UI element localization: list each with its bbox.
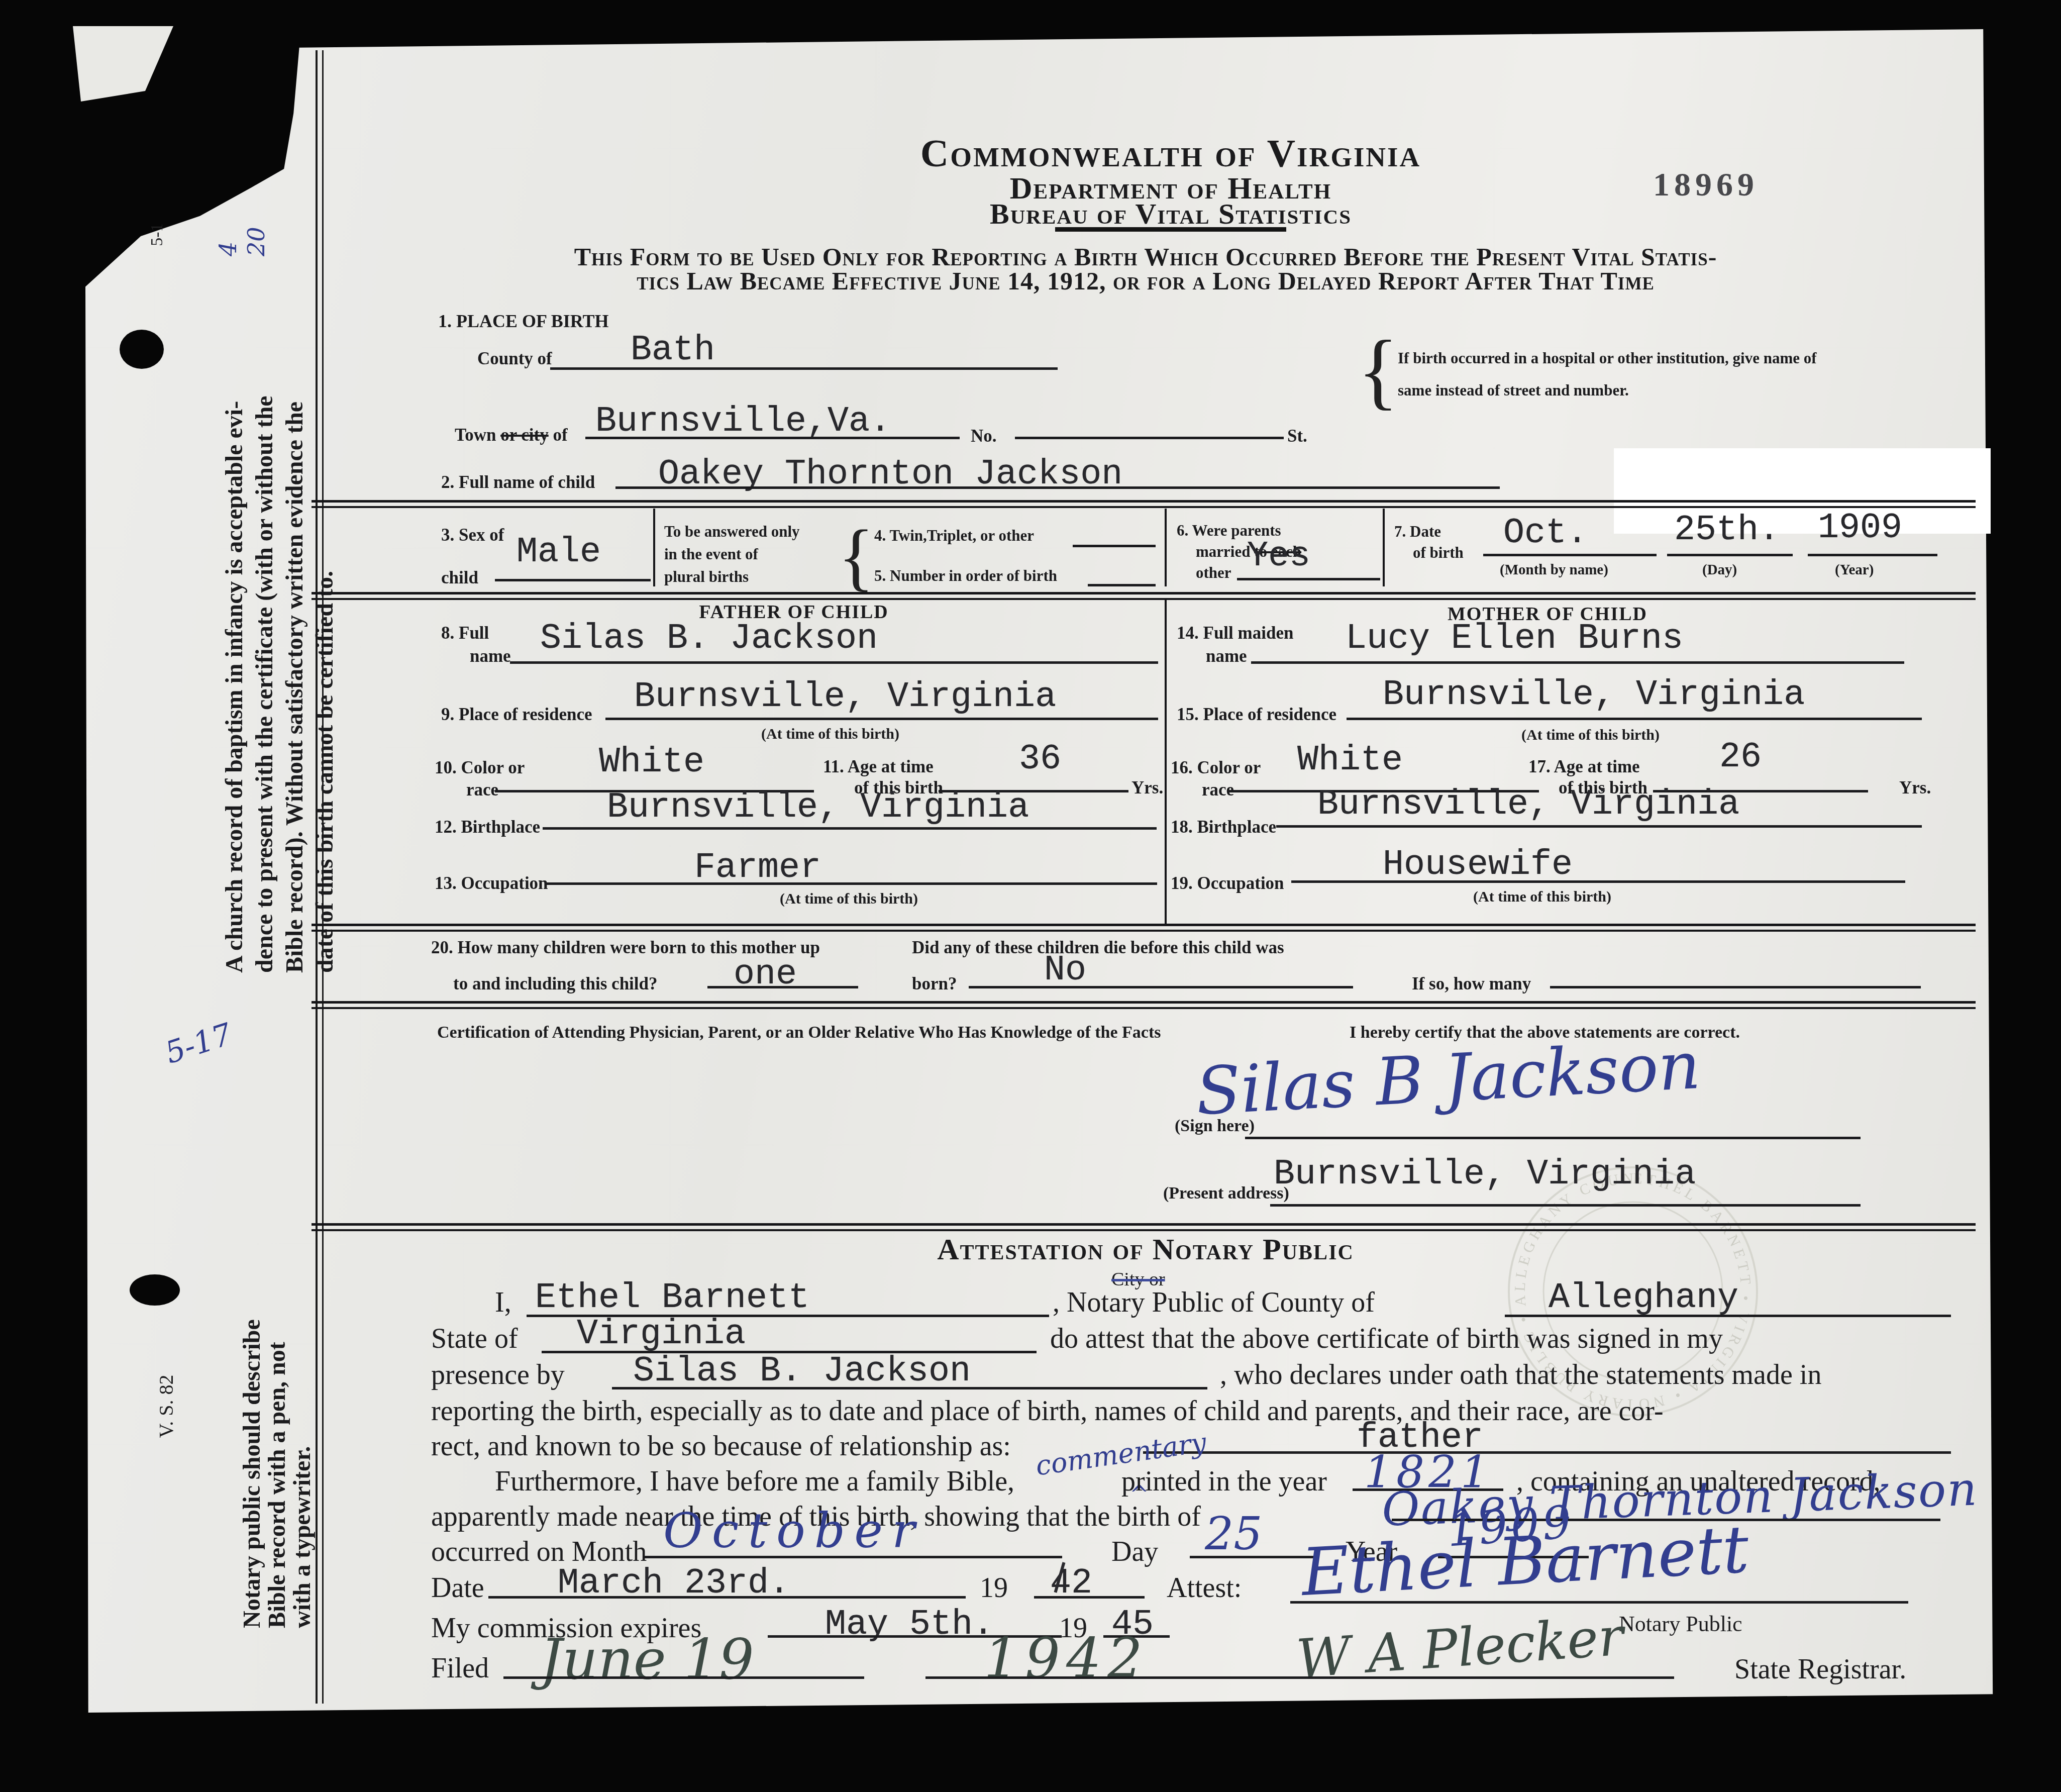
father-age-unit: Yrs. (1131, 778, 1163, 798)
attest-label: Attest: (1167, 1572, 1242, 1604)
hospital-note-line1: If birth occurred in a hospital or other… (1398, 349, 1817, 367)
mother-residence-sublabel: (At time of this birth) (1521, 727, 1660, 744)
child-name-label: 2. Full name of child (441, 472, 595, 492)
town-field: Burnsville,Va. (595, 402, 891, 442)
date-label: Date (431, 1572, 484, 1604)
mother-occupation-sublabel: (At time of this birth) (1473, 888, 1611, 906)
dob-label-2: of birth (1413, 544, 1464, 562)
state-of-label: State of (431, 1323, 518, 1355)
present-address-label: (Present address) (1163, 1184, 1289, 1203)
mother-race-field: White (1297, 741, 1403, 780)
mother-residence-field: Burnsville, Virginia (1383, 675, 1805, 715)
mother-name-label-1: 14. Full maiden (1177, 623, 1293, 643)
father-name-field: Silas B. Jackson (540, 619, 878, 659)
child-name-line (615, 486, 1500, 489)
father-age-field: 36 (1019, 740, 1061, 779)
father-birthplace-field: Burnsville, Virginia (607, 788, 1029, 828)
mother-name-field: Lucy Ellen Burns (1346, 619, 1683, 659)
father-mother-divider (1165, 599, 1167, 925)
dob-year-line (1808, 554, 1937, 556)
town-label: Town or city of (455, 425, 568, 445)
sign-here-label: (Sign here) (1175, 1117, 1255, 1136)
month-handwritten: October (663, 1503, 924, 1559)
divider-6-7 (1383, 509, 1385, 586)
mother-occupation-label: 19. Occupation (1171, 873, 1284, 893)
brace-icon: { (1358, 322, 1399, 420)
father-race-field: White (599, 743, 704, 782)
children-count-field: one (734, 955, 797, 994)
furthermore-pre: Furthermore, I have before me a family B… (495, 1465, 1014, 1498)
attest-line5: rect, and known to be so because of rela… (431, 1430, 1011, 1462)
children-died-line (969, 986, 1353, 988)
father-birthplace-line (543, 827, 1157, 830)
sex-label-1: 3. Sex of (441, 525, 504, 545)
section-divider-1 (312, 500, 1976, 508)
mother-age-label-1: 17. Age at time (1528, 757, 1640, 777)
presence-by-label: presence by (431, 1359, 565, 1391)
divider-5-6 (1165, 509, 1167, 586)
father-name-line (510, 661, 1158, 664)
section-divider-5 (312, 1223, 1976, 1231)
margin-note-notary: Notary public should describe Bible reco… (240, 1226, 315, 1628)
notary-state-field: Virginia (577, 1315, 746, 1354)
sex-line (495, 579, 651, 581)
father-birthplace-label: 12. Birthplace (435, 817, 540, 837)
filed-year-handwritten: 1942 (984, 1626, 1149, 1690)
county-line (550, 367, 1058, 370)
plural-note-2: in the event of (664, 545, 758, 563)
married-line (1237, 578, 1380, 580)
redaction-box (1614, 448, 1991, 534)
header-rule (1055, 227, 1286, 232)
form-notice-line2: tics Law Became Effective June 14, 1912,… (417, 266, 1874, 295)
dob-year-sublabel: (Year) (1835, 562, 1874, 578)
title-commonwealth: Commonwealth of Virginia (693, 131, 1648, 176)
sex-label-2: child (441, 568, 478, 588)
margin-handwritten-top: 4 20 (214, 196, 270, 256)
mother-occupation-line (1291, 880, 1905, 883)
brace-icon: { (838, 514, 874, 600)
commission-date-field: May 5th. (825, 1605, 994, 1645)
attest-i-label: I, (495, 1286, 511, 1319)
county-label: County of (477, 349, 552, 369)
mother-birthplace-label: 18. Birthplace (1171, 817, 1276, 837)
punch-hole-bottom (130, 1274, 180, 1306)
mother-age-field: 26 (1719, 738, 1762, 777)
father-name-label-1: 8. Full (441, 623, 489, 643)
father-occupation-label: 13. Occupation (435, 873, 548, 893)
father-age-label-1: 11. Age at time (823, 757, 934, 777)
section-divider-3 (312, 924, 1976, 932)
dob-day-sublabel: (Day) (1702, 562, 1737, 578)
notary-county-field: Alleghany (1549, 1278, 1738, 1318)
dob-month-line (1483, 554, 1657, 556)
stub-code: 5-1 (148, 205, 167, 265)
notary-signature-line (1290, 1601, 1908, 1604)
dob-year-field: 1909 (1818, 509, 1902, 548)
father-residence-sublabel: (At time of this birth) (761, 726, 899, 743)
scanned-birth-certificate: ETHEL BARNETT • VIRGINIA • NOTARY PUBLIC… (0, 0, 2061, 1792)
title-bureau: Bureau of Vital Statistics (693, 197, 1648, 231)
section-divider-4 (312, 1001, 1976, 1009)
mother-name-label-2: name (1206, 646, 1247, 666)
attestation-title: Attestation of Notary Public (643, 1232, 1648, 1267)
presence-name-line (612, 1387, 1207, 1389)
present-address-field: Burnsville, Virginia (1274, 1155, 1696, 1194)
dob-label-1: 7. Date (1394, 523, 1441, 541)
street-label: St. (1287, 426, 1307, 446)
county-field: Bath (631, 331, 715, 370)
certification-label: Certification of Attending Physician, Pa… (437, 1023, 1161, 1042)
father-name-label-2: name (470, 646, 511, 666)
father-occupation-sublabel: (At time of this birth) (780, 890, 918, 908)
attest-line2-rest: do attest that the above certificate of … (1050, 1323, 1723, 1355)
children-died-field: No (1044, 951, 1086, 990)
how-many-line (1550, 986, 1921, 988)
section-divider-2 (312, 592, 1976, 600)
married-label-3: other (1196, 564, 1231, 582)
town-line (585, 437, 960, 439)
married-field: Yes (1247, 537, 1310, 576)
mother-birthplace-line (1276, 825, 1922, 828)
filed-label: Filed (431, 1652, 489, 1684)
twin-line (1073, 545, 1156, 547)
father-occupation-line (545, 882, 1157, 885)
notary-county-line (1505, 1315, 1951, 1317)
father-race-label-1: 10. Color or (435, 758, 525, 778)
birth-order-line (1088, 584, 1156, 586)
attest-line1-rest: , Notary Public of County of (1053, 1286, 1375, 1319)
twin-label: 4. Twin,Triplet, or other (874, 527, 1034, 545)
presence-name-field: Silas B. Jackson (633, 1352, 971, 1391)
children-count-line (707, 986, 858, 988)
dob-day-field: 25th. (1674, 511, 1780, 550)
sex-field: Male (517, 533, 601, 572)
filed-date-handwritten: June 19 (540, 1627, 754, 1691)
mother-name-line (1251, 661, 1904, 664)
plural-note-3: plural births (664, 568, 749, 586)
mother-age-unit: Yrs. (1899, 778, 1931, 798)
month-handwritten-line (644, 1556, 1062, 1558)
mother-residence-line (1347, 718, 1922, 720)
dob-month-field: Oct. (1503, 514, 1588, 553)
father-race-label-2: race (466, 780, 498, 800)
filed-line-1 (503, 1676, 864, 1679)
signature-line (1245, 1137, 1861, 1139)
date-year-line (1034, 1596, 1145, 1599)
state-registrar-label: State Registrar. (1734, 1653, 1906, 1685)
children-died-label-2: born? (912, 974, 957, 994)
street-no-line (1015, 437, 1284, 439)
dob-day-line (1667, 554, 1793, 556)
children-died-label-1: Did any of these children die before thi… (912, 938, 1284, 958)
notary-name-field: Ethel Barnett (535, 1278, 809, 1318)
day-handwritten: 25 (1205, 1508, 1263, 1560)
children-count-label-2: to and including this child? (453, 974, 658, 994)
date-line (488, 1596, 966, 1599)
attest-line3-rest: , who declares under oath that the state… (1220, 1359, 1821, 1391)
plural-note-1: To be answered only (664, 523, 800, 541)
mother-race-label-1: 16. Color or (1171, 758, 1261, 778)
day-label: Day (1111, 1536, 1158, 1568)
mother-birthplace-field: Burnsville, Virginia (1317, 785, 1739, 825)
notary-public-label: Notary Public (1619, 1611, 1742, 1637)
certificate-number: 18969 (1653, 166, 1759, 204)
margin-note-baptism: A church record of baptism in infancy is… (220, 269, 340, 973)
street-no-label: No. (971, 426, 997, 446)
mother-residence-label: 15. Place of residence (1177, 705, 1336, 725)
father-residence-label: 9. Place of residence (441, 705, 592, 725)
relationship-line (1143, 1451, 1951, 1454)
furthermore-mid: printed in the year (1121, 1465, 1327, 1498)
father-residence-line (605, 718, 1158, 720)
dob-month-sublabel: (Month by name) (1500, 562, 1608, 578)
torn-corner-fragment (73, 26, 173, 102)
birth-order-label: 5. Number in order of birth (874, 567, 1057, 585)
filed-line-2 (925, 1676, 1674, 1679)
hospital-note-line2: same instead of street and number. (1398, 381, 1629, 400)
occurred-month-label: occurred on Month (431, 1536, 647, 1568)
divider-3-4 (653, 509, 655, 586)
form-code: V. S. 82 (154, 1351, 178, 1462)
place-of-birth-label: 1. PLACE OF BIRTH (438, 311, 608, 332)
how-many-label: If so, how many (1412, 974, 1531, 994)
date-year-prefix: 19 (980, 1572, 1008, 1604)
day-handwritten-line (1190, 1556, 1315, 1558)
present-address-line (1270, 1204, 1861, 1207)
father-residence-field: Burnsville, Virginia (634, 677, 1056, 717)
mother-occupation-field: Housewife (1383, 845, 1573, 885)
punch-hole-top (120, 330, 164, 369)
